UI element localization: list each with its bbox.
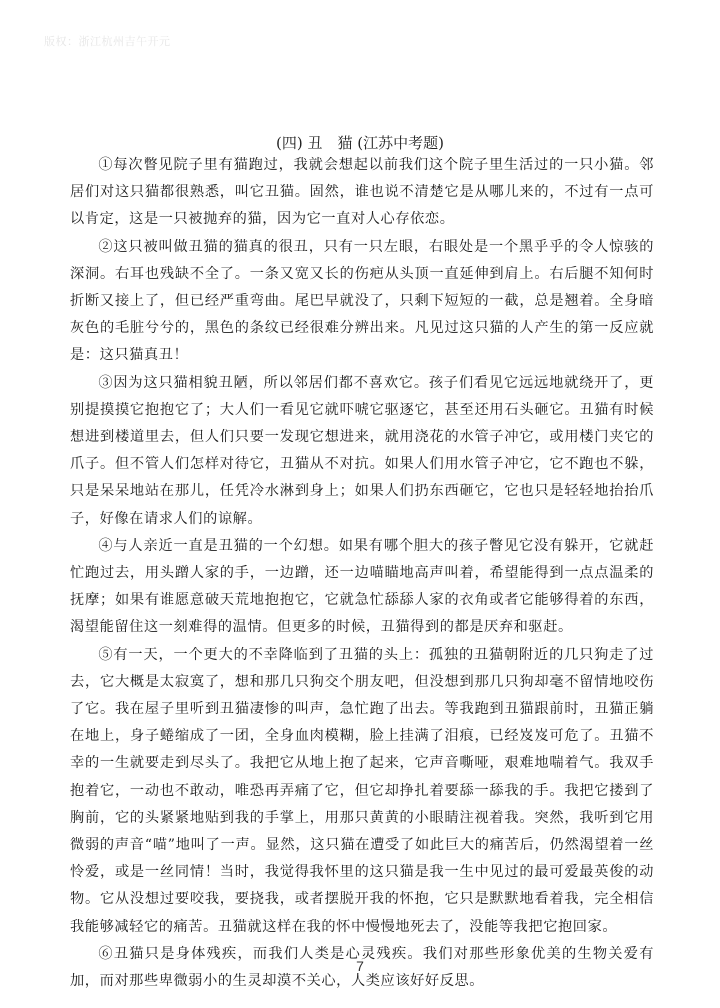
paragraph-2: ②这只被叫做丑猫的猫真的很丑，只有一只左眼，右眼处是一个黑乎乎的令人惊骇的深洞。… (70, 234, 654, 370)
section-number: (四) (276, 134, 303, 152)
paragraph-3: ③因为这只猫相貌丑陋，所以邻居们都不喜欢它。孩子们看见它远远地就绕开了，更别提摸… (70, 370, 654, 533)
watermark: 版权：浙江杭州吉午开元 (44, 33, 171, 49)
article-body: ①每次瞥见院子里有猫跑过，我就会想起以前我们这个院子里生活过的一只小猫。邻居们对… (70, 152, 654, 995)
article-title: (四) 丑 猫 (江苏中考题) (0, 132, 720, 153)
title-text: 丑 猫 (307, 134, 352, 152)
source-note: (江苏中考题) (357, 134, 444, 152)
paragraph-1: ①每次瞥见院子里有猫跑过，我就会想起以前我们这个院子里生活过的一只小猫。邻居们对… (70, 152, 654, 234)
page-number: 7 (0, 958, 720, 974)
paragraph-5: ⑤有一天，一个更大的不幸降临到了丑猫的头上：孤独的丑猫朝附近的几只狗走了过去，它… (70, 642, 654, 941)
paragraph-4: ④与人亲近一直是丑猫的一个幻想。如果有哪个胆大的孩子瞥见它没有躲开，它就赶忙跑过… (70, 533, 654, 642)
